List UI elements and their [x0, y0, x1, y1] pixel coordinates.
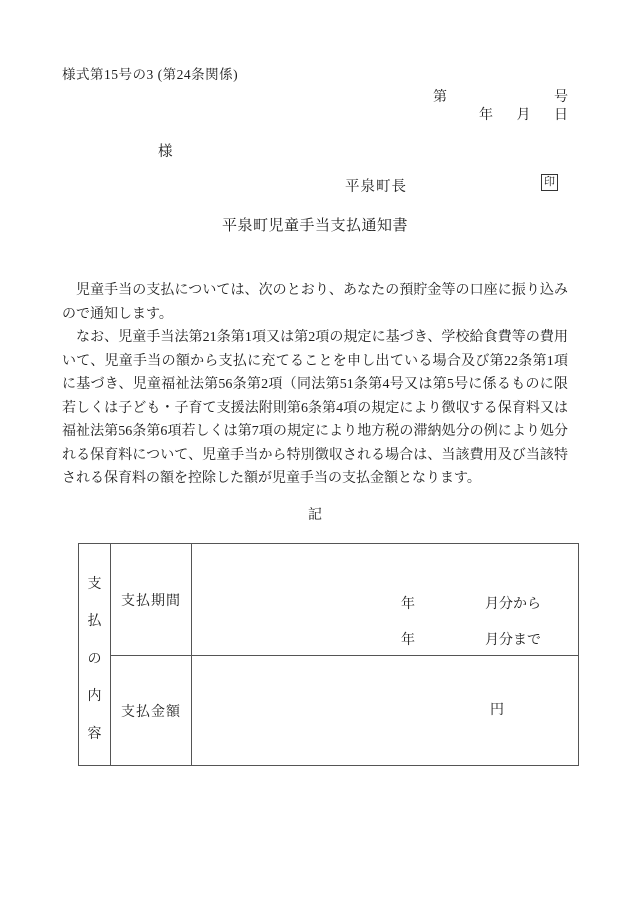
sender-title: 平泉町長	[345, 175, 407, 196]
yen-unit-label: 円	[490, 703, 504, 718]
payment-period-row: 支 払 の 内 容 支払期間 年月分から 年月分まで	[79, 544, 579, 656]
document-page: 様式第15号の3 (第24条関係) 第 号 年 月 日 様 平泉町長 印 平泉町…	[0, 0, 630, 903]
seal-mark: 印	[541, 174, 558, 191]
doc-number-prefix: 第	[433, 86, 447, 106]
body-line: 福祉法第56条第6項若しくは第7項の規定により地方税の滞納処分の例により処分さ	[62, 420, 568, 444]
document-title: 平泉町児童手当支払通知書	[0, 214, 630, 235]
doc-number-suffix: 号	[554, 86, 568, 106]
period-from-line: 年月分から	[192, 572, 578, 594]
amount-unit-line: 円	[192, 700, 578, 722]
document-number-line: 第 号	[433, 86, 568, 106]
ki-label: 記	[0, 504, 630, 524]
period-to-year-label: 年	[401, 633, 415, 648]
date-line: 年 月 日	[479, 104, 568, 124]
body-line: れる保育料について、児童手当から特別徴収される場合は、当該費用及び当該特別徴収	[62, 444, 568, 468]
vertical-header-char: 払	[88, 610, 102, 630]
body-line: に基づき、児童福祉法第56条第2項（同法第51条第4号又は第5号に係るものに限る…	[62, 373, 568, 397]
vertical-header-char: の	[88, 648, 102, 668]
payment-contents-vertical-header: 支 払 の 内 容	[79, 544, 111, 766]
vertical-header-char: 容	[88, 723, 102, 743]
body-line: いて、児童手当の額から支払に充てることを申し出ている場合及び第22条第1項の規定	[62, 350, 568, 374]
payment-period-label: 支払期間	[111, 544, 192, 656]
body-line: 若しくは子ども・子育て支援法附則第6条第4項の規定により徴収する保育料又は児童	[62, 397, 568, 421]
body-line: される保育料の額を控除した額が児童手当の支払金額となります。	[62, 467, 568, 491]
period-to-line: 年月分まで	[192, 608, 578, 630]
body-line: なお、児童手当法第21条第1項又は第2項の規定に基づき、学校給食費等の費用につ	[62, 326, 568, 350]
body-line: ので通知します。	[62, 303, 568, 327]
payment-period-lines: 年月分から 年月分まで	[192, 569, 578, 630]
body-line: 児童手当の支払については、次のとおり、あなたの預貯金等の口座に振り込みました	[62, 279, 568, 303]
vertical-header-chars: 支 払 の 内 容	[79, 573, 110, 743]
payment-amount-label: 支払金額	[111, 656, 192, 766]
payment-amount-row: 支払金額 円	[79, 656, 579, 766]
date-month-label: 月	[517, 104, 531, 124]
payment-period-value-cell: 年月分から 年月分まで	[192, 544, 579, 656]
period-to-month-label: 月分まで	[485, 633, 541, 648]
form-number: 様式第15号の3 (第24条関係)	[62, 63, 238, 83]
date-day-label: 日	[554, 104, 568, 124]
body-text: 児童手当の支払については、次のとおり、あなたの預貯金等の口座に振り込みました の…	[62, 279, 568, 491]
date-year-label: 年	[479, 104, 493, 124]
addressee-honorific: 様	[158, 140, 173, 161]
payment-table: 支 払 の 内 容 支払期間 年月分から 年月分まで	[78, 543, 579, 766]
vertical-header-char: 支	[88, 573, 102, 593]
vertical-header-char: 内	[88, 685, 102, 705]
